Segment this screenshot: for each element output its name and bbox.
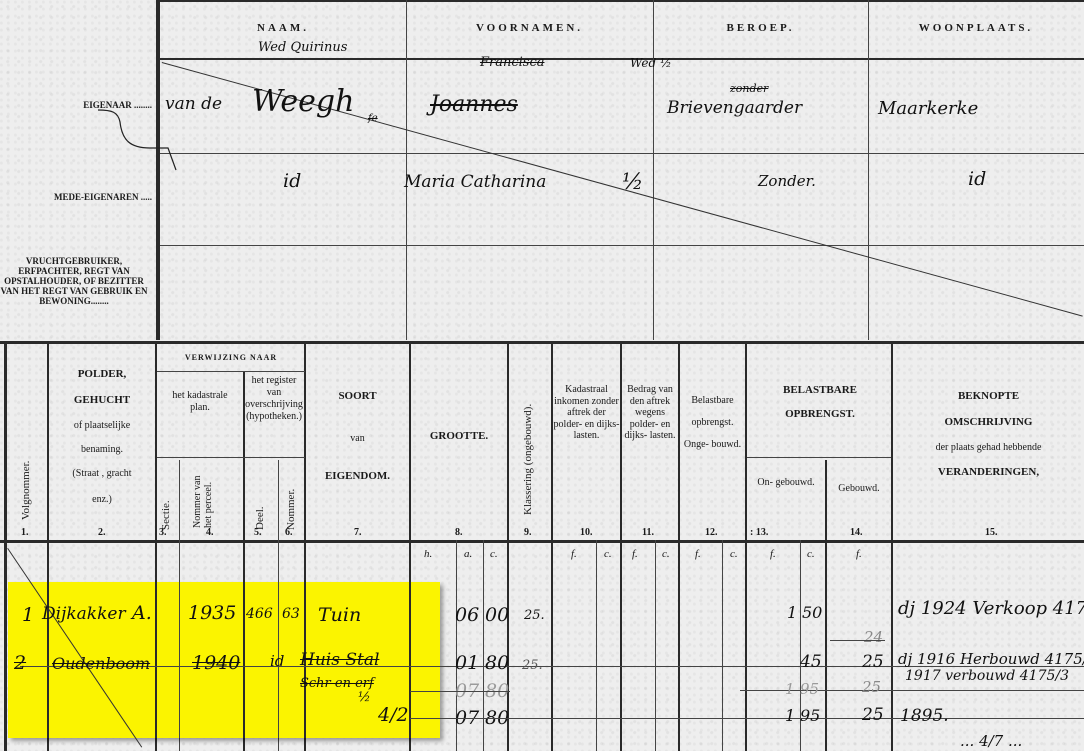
header-volgnommer: Volgnommer. — [20, 440, 32, 520]
row2-perceel: 1940 — [192, 652, 240, 674]
header-klassering: Klassering (ongebouwd). — [522, 370, 534, 515]
unit-c: c. — [662, 548, 670, 560]
table-top-border — [0, 341, 1084, 344]
header-belastbare-opbrengst: BELASTBARE OPBRENGST. — [750, 378, 890, 426]
col-number: 2. — [98, 527, 106, 538]
unit-f: f. — [571, 548, 577, 560]
row1-deel: 466 — [246, 606, 273, 622]
col-number: 10. — [580, 527, 593, 538]
col-divider — [825, 460, 827, 751]
row2-veranderingen3: 1895. — [900, 706, 949, 726]
subcol-border — [747, 457, 891, 458]
column-header-naam: NAAM. — [160, 22, 406, 34]
col-divider — [596, 540, 597, 751]
owner-naam: Weegh — [252, 84, 354, 119]
trailing-note: ... 4/7 ... — [960, 732, 1022, 750]
header-polder-1: POLDER, — [50, 368, 154, 380]
coowner-voornamen: Maria Catharina — [404, 172, 546, 192]
header-bedrag-aftrek: Bedrag van den aftrek wegens polder- en … — [622, 384, 678, 442]
header-soort-1: SOORT — [306, 390, 409, 402]
header-polder-5: (Straat , gracht — [50, 468, 154, 480]
row2-nommer: id — [270, 652, 284, 670]
col-number: 1. — [21, 527, 29, 538]
header-beknopte-3: der plaats gehad hebbende — [893, 442, 1084, 454]
col-divider — [483, 540, 484, 751]
col-divider — [868, 0, 869, 340]
row1-nommer: 63 — [282, 606, 300, 622]
owner-woonplaats: Maarkerke — [878, 98, 978, 119]
owner-row-border — [160, 153, 1084, 154]
header-row-border — [160, 58, 1084, 60]
header-grootte: GROOTTE. — [411, 430, 507, 442]
col-number: 8. — [455, 527, 463, 538]
header-soort-3: EIGENDOM. — [306, 470, 409, 482]
row-label-mede-eigenaren: MEDE-EIGENAREN ..... — [0, 192, 152, 202]
header-polder-4: benaming. — [50, 444, 154, 456]
header-kadastrale-plan: het kadastrale plan. — [170, 390, 230, 414]
coowner-woonplaats: id — [968, 168, 986, 190]
row2-fraction2: 4/2 — [378, 704, 409, 726]
row2-ongebouwd-c: 45 — [800, 652, 822, 672]
row2-ongebouwd-f2: 1 — [785, 680, 795, 698]
header-register: het register van overschrijving (hypothe… — [245, 375, 303, 423]
subcol-border — [157, 457, 305, 458]
row2-fraction: ½ — [358, 690, 371, 705]
table-header-bottom-border — [0, 540, 1084, 543]
header-beknopte-1: BEKNOPTE — [893, 390, 1084, 402]
owner-naam-note: fe — [368, 113, 378, 124]
unit-c: c. — [604, 548, 612, 560]
row2-volgnummer: 2 — [14, 652, 26, 674]
col-number: 7. — [354, 527, 362, 538]
row1-veranderingen: dj 1924 Verkoop 4173/18 — [898, 598, 1084, 619]
owner-naam-annotation: Wed Quirinus — [258, 40, 347, 55]
header-ongebouwd: On- gebouwd. — [750, 472, 822, 494]
col-number: 4. — [206, 527, 214, 538]
row1-soort: Tuin — [318, 604, 361, 626]
coowner-naam: id — [283, 170, 301, 192]
owner-beroep: Brievengaarder — [667, 98, 802, 118]
row2-klassering: 25. — [522, 658, 543, 673]
column-header-woonplaats: WOONPLAATS. — [868, 22, 1084, 34]
unit-f: f. — [856, 548, 862, 560]
top-border — [160, 0, 1084, 2]
row2-gebouwd: 25 — [862, 652, 884, 672]
row2-ongebouwd-c2: 95 — [800, 680, 819, 698]
gebouwd-line — [830, 640, 885, 641]
col-divider — [655, 540, 656, 751]
header-beknopte-4: VERANDERINGEN, — [893, 466, 1084, 478]
row1-grootte-c: 00 — [485, 604, 509, 626]
header-gebouwd: Gebouwd. — [828, 483, 890, 495]
row1-klassering: 25. — [524, 608, 545, 623]
total-line — [410, 718, 1084, 719]
col-number: 15. — [985, 527, 998, 538]
row1-polder: Dijkakker — [42, 604, 126, 624]
col-divider — [406, 0, 407, 340]
coowner-share: ½ — [622, 170, 643, 195]
header-belastbare-ongebouwd: Belastbare opbrengst. Onge- bouwd. — [680, 390, 745, 456]
header-kadastraal-inkomen: Kadastraal inkomen zonder aftrek der pol… — [553, 384, 620, 442]
col-number: 6. — [285, 527, 293, 538]
row2-ongebouwd-c3: 95 — [800, 706, 820, 725]
row1-volgnummer: 1 — [22, 604, 34, 626]
unit-c: c. — [730, 548, 738, 560]
col-number: 5. — [254, 527, 262, 538]
unit-f: f. — [770, 548, 776, 560]
unit-h: h. — [424, 548, 432, 560]
row1-grootte-a: 06 — [455, 604, 479, 626]
row1-ongebouwd-f: 1 — [787, 603, 797, 622]
unit-f: f. — [695, 548, 701, 560]
row2-veranderingen2: 1917 verbouwd 4175/3 — [905, 668, 1069, 684]
owner-voornamen: Joannes — [430, 92, 518, 117]
header-soort-2: van — [306, 433, 409, 445]
header-polder-6: enz.) — [50, 494, 154, 506]
row-label-vruchtgebruiker: VRUCHTGEBRUIKER, ERFPACHTER, REGT VAN OP… — [0, 256, 148, 306]
row2-ongebouwd-f3: 1 — [785, 706, 795, 725]
col-number: 9. — [524, 527, 532, 538]
col-divider — [722, 540, 723, 751]
owner-naam-prefix: van de — [165, 94, 222, 114]
subtotal-line — [410, 691, 510, 692]
row2-polder: Oudenboom — [52, 654, 150, 673]
header-nommer: Nommer. — [285, 470, 297, 530]
col-divider — [243, 582, 245, 738]
header-polder-2: GEHUCHT — [50, 394, 154, 406]
unit-a: a. — [464, 548, 472, 560]
header-deel: Deel. — [254, 495, 266, 530]
unit-c: c. — [490, 548, 498, 560]
row2-veranderingen: dj 1916 Herbouwd 4175/6 — [898, 650, 1084, 668]
header-polder-3: of plaatselijke — [50, 420, 154, 432]
row1-ongebouwd-c: 50 — [802, 603, 822, 622]
unit-c: c. — [807, 548, 815, 560]
col-number: : 13. — [750, 527, 768, 538]
row1-perceel: 1935 — [188, 602, 236, 624]
owner-voornamen-struck-above: Francisca — [480, 55, 545, 70]
col-number: 12. — [705, 527, 718, 538]
col-number: 14. — [850, 527, 863, 538]
header-beknopte-2: OMSCHRIJVING — [893, 416, 1084, 428]
col-divider — [409, 582, 411, 738]
row2-grootte-a: 01 — [455, 652, 479, 674]
col-divider — [179, 582, 180, 738]
column-header-voornamen: VOORNAMEN. — [406, 22, 653, 34]
row2-soort: Huis Stal — [300, 650, 379, 670]
row2-gebouwd-0: 24 — [864, 628, 883, 646]
row1-sectie: A. — [132, 602, 152, 624]
row2-gebouwd-3: 25 — [862, 705, 884, 725]
row2-grootte-c: 80 — [485, 652, 509, 674]
header-verwijzing: VERWIJZING NAAR — [157, 352, 305, 364]
col-number: 11. — [642, 527, 654, 538]
col-divider — [653, 0, 654, 340]
header-sectie: Sectie. — [160, 490, 172, 530]
unit-f: f. — [632, 548, 638, 560]
col-divider — [155, 582, 157, 738]
coowner-row-border — [160, 245, 1084, 246]
row2-soort-line2: Schr en erf — [300, 676, 374, 691]
owner-beroep-struck: zonder — [730, 82, 768, 95]
col-number: 3. — [159, 527, 167, 538]
verwijzing-underline — [157, 371, 305, 372]
column-header-beroep: BEROEP. — [653, 22, 868, 34]
row2-gebouwd-2: 25 — [862, 678, 881, 696]
header-nommer-perceel: Nommer van het perceel. — [192, 462, 232, 528]
coowner-beroep: Zonder. — [758, 172, 816, 190]
owner-share: Wed ½ — [630, 56, 672, 70]
